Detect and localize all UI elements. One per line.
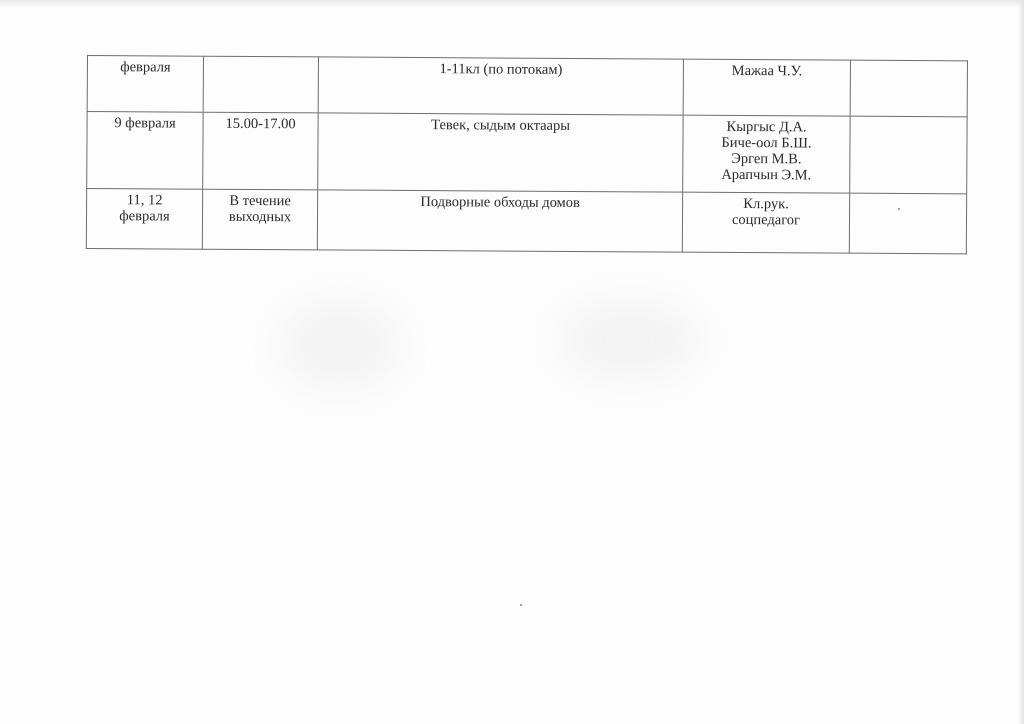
- event-text: Подворные обходы домов: [322, 193, 678, 211]
- event-cell: 1-11кл (по потокам): [318, 57, 683, 115]
- scan-smudge: [280, 300, 400, 390]
- responsible-text: Арапчын Э.М.: [687, 167, 845, 184]
- responsible-cell: Мажаа Ч.У.: [683, 59, 850, 116]
- table-row: февраля 1-11кл (по потокам) Мажаа Ч.У.: [87, 56, 967, 117]
- time-cell: В течение выходных: [202, 189, 317, 250]
- scan-speck: [520, 604, 522, 606]
- time-text: 15.00-17.00: [208, 116, 314, 133]
- note-cell: [850, 116, 967, 194]
- date-cell: 11, 12 февраля: [86, 189, 202, 250]
- event-text: Тевек, сыдым октаары: [323, 116, 679, 134]
- event-cell: Тевек, сыдым октаары: [318, 113, 683, 192]
- scan-smudge: [560, 300, 700, 380]
- note-cell: [850, 60, 967, 117]
- date-text: февраля: [91, 208, 198, 225]
- date-text: февраля: [92, 59, 199, 76]
- table-row: 9 февраля 15.00-17.00 Тевек, сыдым октаа…: [87, 112, 967, 194]
- responsible-text: Кыргыс Д.А.: [688, 119, 846, 136]
- responsible-text: Кл.рук.: [687, 196, 845, 213]
- event-cell: Подворные обходы домов: [317, 190, 682, 252]
- date-text: 9 февраля: [92, 115, 199, 132]
- table-row: 11, 12 февраля В течение выходных Подвор…: [86, 189, 966, 254]
- time-text: выходных: [207, 209, 313, 226]
- scan-edge-right: [1018, 0, 1024, 724]
- time-text: В течение: [207, 193, 313, 210]
- responsible-text: Эргеп М.В.: [687, 151, 845, 168]
- schedule-table: февраля 1-11кл (по потокам) Мажаа Ч.У. 9…: [86, 55, 968, 254]
- event-text: 1-11кл (по потокам): [323, 60, 679, 78]
- responsible-text: Биче-оол Б.Ш.: [687, 135, 845, 152]
- note-cell: [849, 193, 966, 254]
- responsible-cell: Кл.рук. соцпедагог: [682, 192, 849, 253]
- responsible-cell: Кыргыс Д.А. Биче-оол Б.Ш. Эргеп М.В. Ара…: [683, 115, 850, 193]
- date-text: 11, 12: [91, 192, 198, 209]
- scan-edge-top: [0, 0, 1024, 8]
- date-cell: февраля: [87, 56, 203, 113]
- responsible-text: соцпедагог: [687, 212, 845, 229]
- date-cell: 9 февраля: [87, 112, 203, 190]
- time-cell: 15.00-17.00: [203, 112, 318, 190]
- time-cell: [203, 56, 318, 113]
- responsible-text: Мажаа Ч.У.: [688, 63, 846, 80]
